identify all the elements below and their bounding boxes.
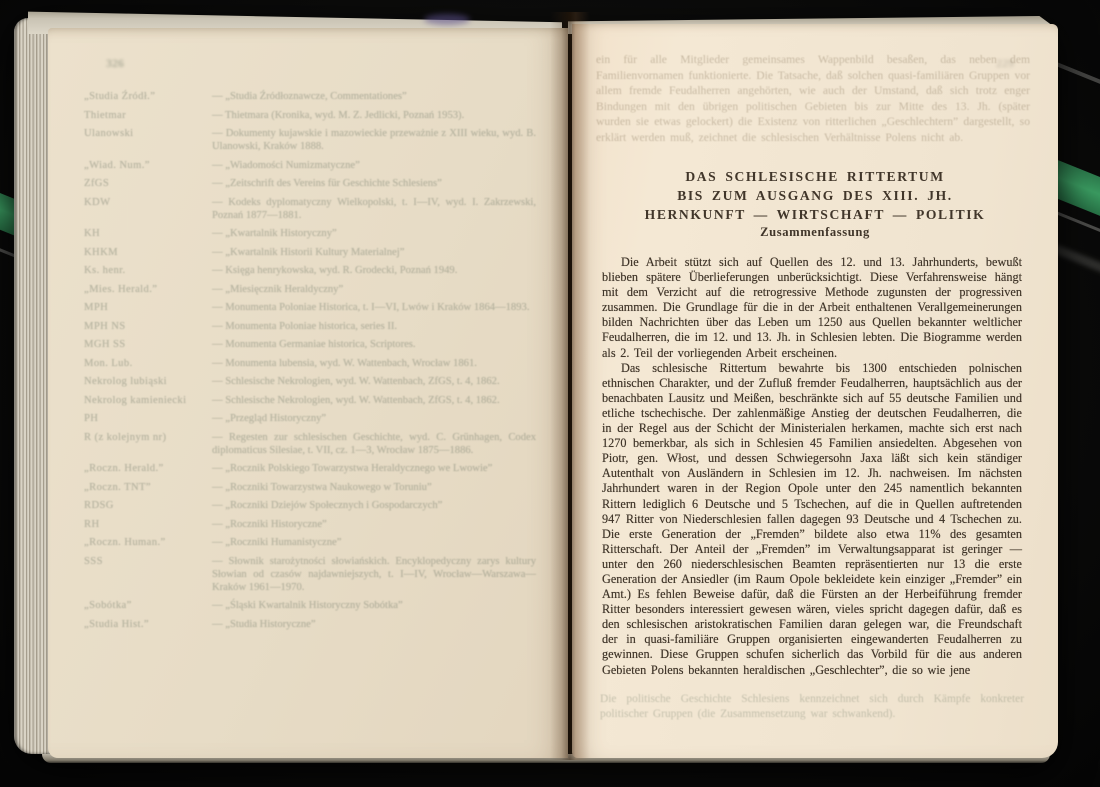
summary-text: Die Arbeit stützt sich auf Quellen des 1… xyxy=(602,255,1022,678)
bibliography-abbr: Nekrolog lubiąski xyxy=(84,375,212,388)
bibliography-desc: — „Przegląd Historyczny” xyxy=(212,412,536,425)
book-photograph: 326 „Studia Źródł.” — „Studia Źródłoznaw… xyxy=(0,0,1100,787)
bibliography-entry: SSS — Słownik starożytności słowiańskich… xyxy=(84,555,536,594)
page-stack-fore-edge xyxy=(14,18,50,754)
title-line-2: BIS ZUM AUSGANG DES XIII. JH. xyxy=(572,186,1058,205)
section-heading: Zusammenfassung xyxy=(572,225,1058,240)
bibliography-abbr: MPH xyxy=(84,301,212,314)
bibliography-entry: Ks. henr. — Księga henrykowska, wyd. R. … xyxy=(84,264,536,277)
bibliography-abbr: ZfGS xyxy=(84,177,212,190)
bibliography-desc: — „Roczniki Humanistyczne” xyxy=(212,536,536,549)
bibliography-abbr: „Roczn. Human.” xyxy=(84,536,212,549)
verso-bleed-text-top: ein für alle Mitglieder gemeinsames Wapp… xyxy=(596,52,1030,145)
bibliography-desc: — „Zeitschrift des Vereins für Geschicht… xyxy=(212,177,536,190)
bibliography-desc: — „Kwartalnik Historii Kultury Materialn… xyxy=(212,246,536,259)
bibliography-desc: — Schlesische Nekrologien, wyd. W. Watte… xyxy=(212,375,536,388)
bibliography-desc: — Thietmara (Kronika, wyd. M. Z. Jedlick… xyxy=(212,109,536,122)
bibliography-abbr: „Roczn. Herald.” xyxy=(84,462,212,475)
bibliography-abbr: KDW xyxy=(84,196,212,222)
bibliography-desc: — „Roczniki Historyczne” xyxy=(212,518,536,531)
bibliography-entry: „Wiad. Num.” — „Wiadomości Numizmatyczne… xyxy=(84,159,536,172)
bibliography-abbr: PH xyxy=(84,412,212,425)
bibliography-abbr: „Sobótka” xyxy=(84,599,212,612)
bibliography-desc: — „Kwartalnik Historyczny” xyxy=(212,227,536,240)
left-page: 326 „Studia Źródł.” — „Studia Źródłoznaw… xyxy=(48,28,568,758)
bibliography-abbr: „Mies. Herald.” xyxy=(84,283,212,296)
chapter-title: DAS SCHLESISCHE RITTERTUM BIS ZUM AUSGAN… xyxy=(572,167,1058,224)
verso-bleed-text-bottom: Die politische Geschichte Schlesiens ken… xyxy=(600,692,1024,722)
bibliography-abbr: „Roczn. TNT” xyxy=(84,481,212,494)
bibliography-abbr: KHKM xyxy=(84,246,212,259)
edge-stamp-smudge xyxy=(424,14,470,25)
summary-paragraph-2: Das schlesische Rittertum bewahrte bis 1… xyxy=(602,361,1022,678)
left-page-number-bleed: 326 xyxy=(106,56,124,71)
bibliography-desc: — Księga henrykowska, wyd. R. Grodecki, … xyxy=(212,264,536,277)
bibliography-desc: — Dokumenty kujawskie i mazowieckie prze… xyxy=(212,127,536,153)
bibliography-entry: „Mies. Herald.” — „Miesięcznik Heraldycz… xyxy=(84,283,536,296)
bibliography-abbr: MPH NS xyxy=(84,320,212,333)
open-book: 326 „Studia Źródł.” — „Studia Źródłoznaw… xyxy=(12,6,1058,762)
bibliography-abbr: „Wiad. Num.” xyxy=(84,159,212,172)
bibliography-entry: „Sobótka” — „Śląski Kwartalnik Historycz… xyxy=(84,599,536,612)
bibliography-entry: „Studia Hist.” — „Studia Historyczne” xyxy=(84,618,536,631)
bibliography-entry: MPH NS — Monumenta Poloniae historica, s… xyxy=(84,320,536,333)
bibliography-desc: — Kodeks dyplomatyczny Wielkopolski, t. … xyxy=(212,196,536,222)
bibliography-desc: — Monumenta Poloniae Historica, t. I—VI,… xyxy=(212,301,536,314)
bibliography-abbr: Ks. henr. xyxy=(84,264,212,277)
bibliography-entry: PH — „Przegląd Historyczny” xyxy=(84,412,536,425)
bibliography-entry: KDW — Kodeks dyplomatyczny Wielkopolski,… xyxy=(84,196,536,222)
bibliography-entry: Thietmar — Thietmara (Kronika, wyd. M. Z… xyxy=(84,109,536,122)
bibliography-desc: — „Rocznik Polskiego Towarzystwa Heraldy… xyxy=(212,462,536,475)
bibliography-entry: RDSG — „Roczniki Dziejów Społecznych i G… xyxy=(84,499,536,512)
bibliography-abbr: MGH SS xyxy=(84,338,212,351)
bibliography-entry: Nekrolog lubiąski — Schlesische Nekrolog… xyxy=(84,375,536,388)
bibliography-entry: KH — „Kwartalnik Historyczny” xyxy=(84,227,536,240)
bibliography-abbr: R (z kolejnym nr) xyxy=(84,431,212,457)
bibliography-desc: — Monumenta lubensia, wyd. W. Wattenbach… xyxy=(212,357,536,370)
bibliography-abbr: RDSG xyxy=(84,499,212,512)
bibliography-entry: „Roczn. Human.” — „Roczniki Humanistyczn… xyxy=(84,536,536,549)
title-line-1: DAS SCHLESISCHE RITTERTUM xyxy=(572,167,1058,186)
bibliography-abbr: Ulanowski xyxy=(84,127,212,153)
bibliography-entry: „Studia Źródł.” — „Studia Źródłoznawcze,… xyxy=(84,90,536,103)
bibliography-desc: — „Studia Historyczne” xyxy=(212,618,536,631)
bibliography-abbr: SSS xyxy=(84,555,212,594)
bibliography-desc: — Monumenta Poloniae historica, series I… xyxy=(212,320,536,333)
bibliography-list-bleed: „Studia Źródł.” — „Studia Źródłoznawcze,… xyxy=(84,90,536,636)
title-line-3: HERNKUNFT — WIRTSCHAFT — POLITIK xyxy=(572,205,1058,224)
summary-paragraph-1: Die Arbeit stützt sich auf Quellen des 1… xyxy=(602,255,1022,361)
bibliography-abbr: Mon. Lub. xyxy=(84,357,212,370)
bibliography-desc: — Słownik starożytności słowiańskich. En… xyxy=(212,555,536,594)
bibliography-desc: — Schlesische Nekrologien, wyd. W. Watte… xyxy=(212,394,536,407)
bibliography-desc: — „Wiadomości Numizmatyczne” xyxy=(212,159,536,172)
bibliography-entry: ZfGS — „Zeitschrift des Vereins für Gesc… xyxy=(84,177,536,190)
bibliography-entry: Ulanowski — Dokumenty kujawskie i mazowi… xyxy=(84,127,536,153)
right-page: 229 ein für alle Mitglieder gemeinsames … xyxy=(572,24,1058,758)
bibliography-abbr: KH xyxy=(84,227,212,240)
bibliography-entry: R (z kolejnym nr) — Regesten zur schlesi… xyxy=(84,431,536,457)
bibliography-abbr: „Studia Hist.” xyxy=(84,618,212,631)
bibliography-entry: MPH — Monumenta Poloniae Historica, t. I… xyxy=(84,301,536,314)
bibliography-desc: — „Śląski Kwartalnik Historyczny Sobótka… xyxy=(212,599,536,612)
bibliography-entry: Mon. Lub. — Monumenta lubensia, wyd. W. … xyxy=(84,357,536,370)
bibliography-abbr: RH xyxy=(84,518,212,531)
bibliography-entry: MGH SS — Monumenta Germaniae historica, … xyxy=(84,338,536,351)
bibliography-entry: „Roczn. Herald.” — „Rocznik Polskiego To… xyxy=(84,462,536,475)
bibliography-desc: — Regesten zur schlesischen Geschichte, … xyxy=(212,431,536,457)
bibliography-desc: — „Roczniki Towarzystwa Naukowego w Toru… xyxy=(212,481,536,494)
bibliography-abbr: „Studia Źródł.” xyxy=(84,90,212,103)
bibliography-entry: RH — „Roczniki Historyczne” xyxy=(84,518,536,531)
bibliography-entry: KHKM — „Kwartalnik Historii Kultury Mate… xyxy=(84,246,536,259)
bibliography-abbr: Thietmar xyxy=(84,109,212,122)
bibliography-desc: — Monumenta Germaniae historica, Scripto… xyxy=(212,338,536,351)
bibliography-entry: „Roczn. TNT” — „Roczniki Towarzystwa Nau… xyxy=(84,481,536,494)
bibliography-desc: — „Studia Źródłoznawcze, Commentationes” xyxy=(212,90,536,103)
bibliography-abbr: Nekrolog kamieniecki xyxy=(84,394,212,407)
bibliography-desc: — „Miesięcznik Heraldyczny” xyxy=(212,283,536,296)
bibliography-desc: — „Roczniki Dziejów Społecznych i Gospod… xyxy=(212,499,536,512)
bibliography-entry: Nekrolog kamieniecki — Schlesische Nekro… xyxy=(84,394,536,407)
